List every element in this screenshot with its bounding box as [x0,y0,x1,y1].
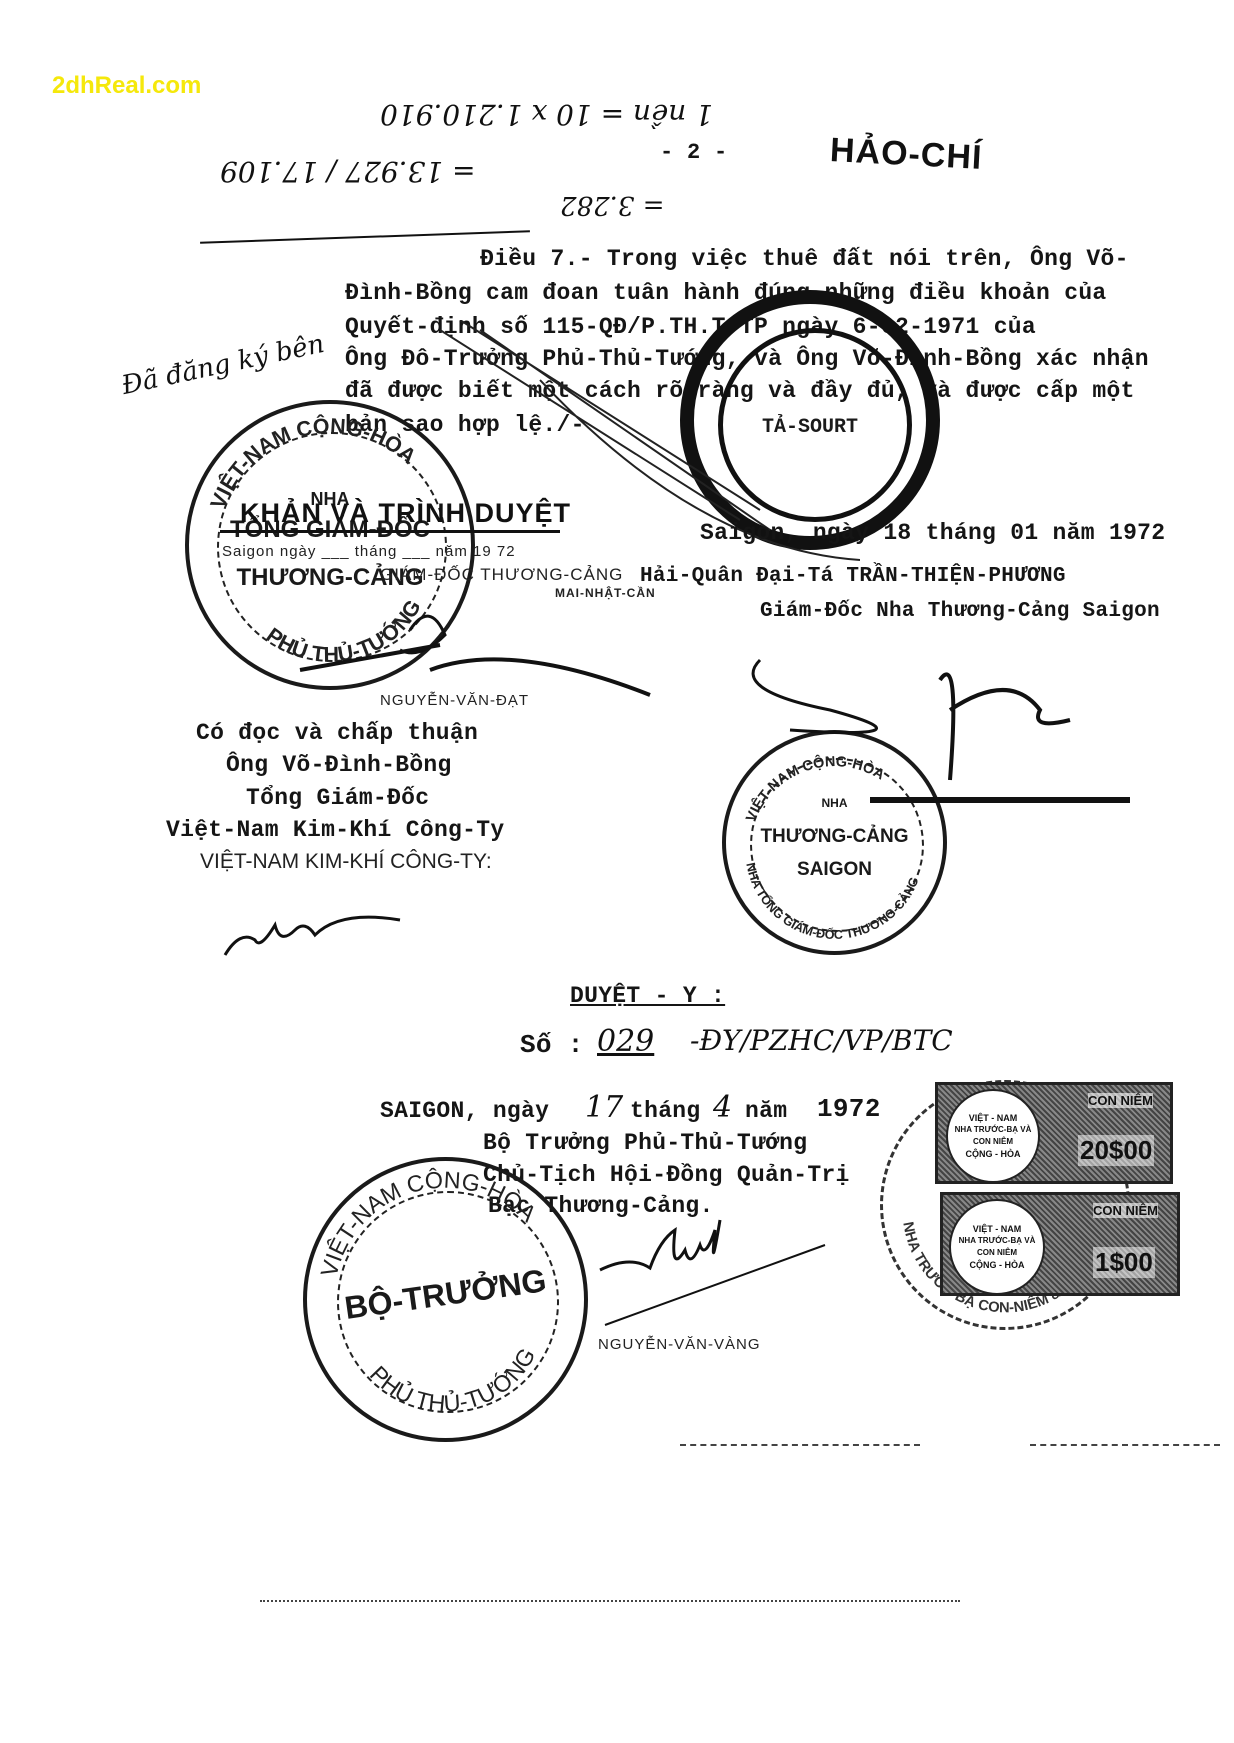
header-stamp: HẢO-CHÍ [829,131,983,178]
ack-line: Việt-Nam Kim-Khí Công-Ty [166,817,504,843]
approval-month-label: tháng [630,1098,701,1124]
minister-stamp: VIỆT-NAM CỘNG-HÒA PHỦ THỦ-TƯỚNG BỘ-TRƯỞN… [303,1157,588,1442]
minister-stamp-ring-top: VIỆT-NAM CỘNG-HÒA [316,1166,542,1280]
svg-text:VIỆT-NAM CỘNG-HÒA: VIỆT-NAM CỘNG-HÒA [316,1166,542,1280]
revenue-stamp-2-value: 1$00 [1093,1247,1155,1278]
margin-side-note: Đã đăng ký bên [119,329,327,401]
revenue-stamp-2-emblem: VIỆT - NAM NHA TRƯỚC-BẠ VÀ CON NIÊM CỘNG… [949,1199,1045,1295]
page-number: - 2 - [660,140,728,165]
ack-line: Tổng Giám-Đốc [246,785,429,811]
director-signature [710,650,1130,830]
port-date-line: Saigon, ngày 18 tháng 01 năm 1972 [700,520,1165,546]
approval-day: 17 [585,1090,623,1125]
port-seal-center-3: SAIGON [726,859,943,881]
approval-title-line: Bộ Trưởng Phủ-Thủ-Tướng [483,1130,807,1156]
review-signatory-name: NGUYỄN-VĂN-ĐẠT [380,692,529,709]
scan-artifact-line [1030,1444,1220,1446]
watermark: 2dhReal.com [52,72,201,100]
revenue-stamp-2: VIỆT - NAM NHA TRƯỚC-BẠ VÀ CON NIÊM CỘNG… [940,1192,1180,1296]
revenue-stamp-1-value: 20$00 [1078,1135,1154,1166]
svg-text:PHỦ THỦ-TƯỚNG: PHỦ THỦ-TƯỚNG [365,1343,540,1416]
minister-stamp-ring-bottom: PHỦ THỦ-TƯỚNG [365,1343,540,1416]
approval-month: 4 [713,1090,732,1125]
company-signature [220,890,420,970]
left-signature [280,590,660,700]
article-line: Điều 7.- Trong việc thuê đất nói trên, Ô… [480,246,1129,272]
scan-artifact-line [680,1444,920,1446]
revenue-stamp-2-label: CON NIÊM [1093,1203,1158,1218]
margin-note-line3: = 3.282 [560,190,664,220]
margin-note-rule [200,230,530,244]
margin-note-line2: = 13.927 / 17.109 [220,155,476,188]
approval-year: 1972 [817,1094,881,1124]
approval-heading: DUYỆT - Y : [570,983,725,1009]
margin-note-line1: 1 nền = 10 x 1.210.910 [380,98,713,131]
revenue-stamp-1-label: CON NIÊM [1088,1093,1153,1108]
ack-line: Có đọc và chấp thuận [196,720,478,746]
scan-artifact-line [260,1600,960,1602]
minister-signature [590,1200,830,1330]
article-line: Đình-Bồng cam đoan tuân hành đúng những … [345,280,1107,306]
company-stamp: VIỆT-NAM KIM-KHÍ CÔNG-TY: [200,850,492,874]
approval-number-suffix: -ĐY/PZHC/VP/BTC [690,1024,953,1057]
port-director-name: Hải-Quân Đại-Tá TRẦN-THIỆN-PHƯƠNG [640,565,1066,588]
approval-number-label: Số : [520,1030,584,1060]
approval-date-prefix: SAIGON, ngày [380,1098,549,1124]
approval-number-value: 029 [597,1024,654,1059]
minister-name: NGUYỄN-VĂN-VÀNG [598,1336,761,1353]
port-director-title: Giám-Đốc Nha Thương-Cảng Saigon [760,600,1160,623]
revenue-stamp-1-emblem: VIỆT - NAM NHA TRƯỚC-BẠ VÀ CON NIÊM CỘNG… [946,1089,1040,1183]
ack-line: Ông Võ-Đình-Bồng [226,752,452,778]
approval-year-label: năm [745,1098,787,1124]
revenue-stamp-1: VIỆT - NAM NHA TRƯỚC-BẠ VÀ CON NIÊM CỘNG… [935,1082,1173,1184]
